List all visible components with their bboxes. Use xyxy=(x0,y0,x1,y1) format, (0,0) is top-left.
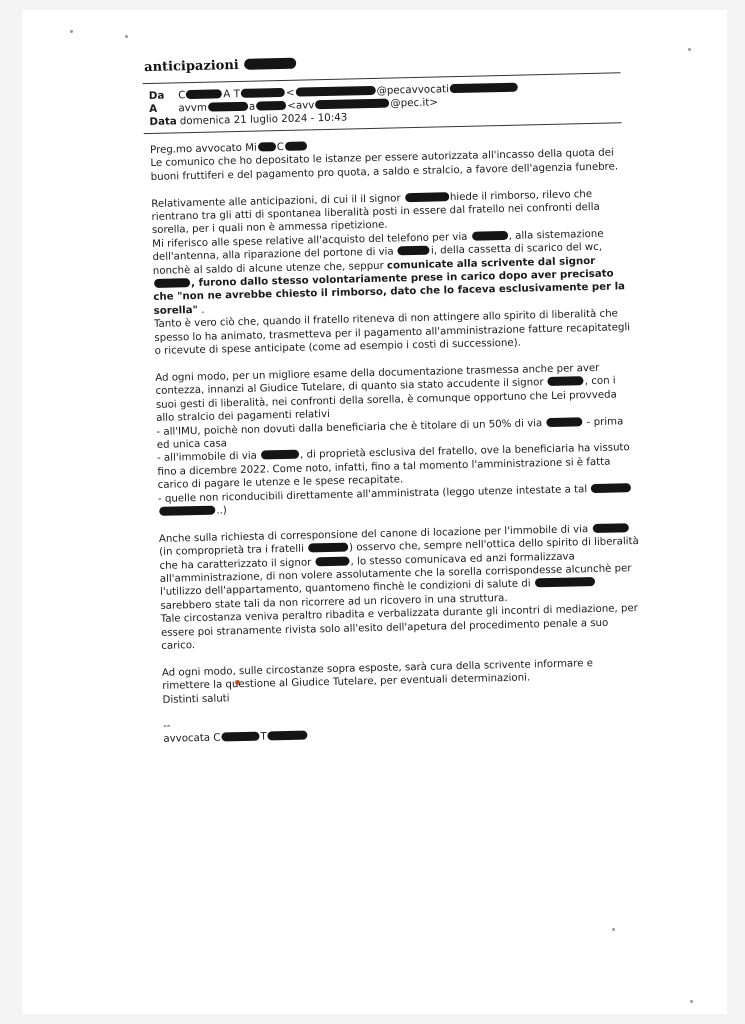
email-printout: anticipazioni Da CA T<@pecavvocati A avv… xyxy=(148,47,643,746)
redaction xyxy=(548,376,584,386)
date-value: domenica 21 luglio 2024 - 10:43 xyxy=(180,111,348,127)
date-label: Data xyxy=(149,115,177,129)
to-text: a xyxy=(249,101,256,113)
redaction xyxy=(591,483,631,493)
redaction xyxy=(221,732,259,742)
redaction xyxy=(546,417,582,427)
closing: Distinti saluti xyxy=(162,693,229,706)
scan-speck xyxy=(688,48,691,51)
paragraph: Anche sulla richiesta di corresponsione … xyxy=(159,522,642,654)
redaction xyxy=(308,543,348,553)
from-text: A T xyxy=(223,88,240,100)
from-email-domain: @pecavvocati xyxy=(376,83,449,97)
redaction xyxy=(398,246,430,256)
scan-speck xyxy=(612,928,615,931)
redaction xyxy=(592,523,628,533)
text: Ad ogni modo, sulle circostanze sopra es… xyxy=(162,658,593,692)
redaction xyxy=(450,83,518,94)
text: Preg.mo avvocato Mi xyxy=(150,143,257,156)
text: C xyxy=(277,142,284,153)
redaction xyxy=(154,278,190,288)
redaction xyxy=(405,192,449,202)
redaction xyxy=(208,102,248,112)
paper-stain xyxy=(235,680,240,685)
text: (in comproprietà tra i fratelli xyxy=(159,544,304,558)
text: Tale circostanza veniva peraltro ribadit… xyxy=(161,603,638,652)
redaction xyxy=(315,99,389,110)
from-label: Da xyxy=(149,89,175,103)
redaction xyxy=(258,142,276,151)
to-email-domain: @pec.it> xyxy=(390,96,438,109)
to-label: A xyxy=(149,102,175,116)
redaction xyxy=(295,86,375,97)
scan-speck xyxy=(125,35,128,38)
to-text: <avv xyxy=(287,99,314,112)
from-text: C xyxy=(178,89,185,101)
redaction xyxy=(159,506,215,516)
redaction xyxy=(256,101,286,111)
redaction xyxy=(315,556,349,566)
paragraph: Relativamente alle anticipazioni, di cui… xyxy=(151,187,635,359)
signature-separator: -- xyxy=(163,709,643,733)
redaction xyxy=(472,231,508,241)
paragraph: Ad ogni modo, per un migliore esame dell… xyxy=(155,361,638,519)
from-text: < xyxy=(286,87,295,99)
redaction xyxy=(241,88,285,98)
redaction xyxy=(261,450,299,460)
paragraph: Ad ogni modo, sulle circostanze sopra es… xyxy=(162,656,643,707)
text: - all'immobile di via xyxy=(157,451,257,464)
scan-speck xyxy=(690,1000,693,1003)
text: ..) xyxy=(216,505,227,516)
redaction xyxy=(535,577,595,587)
signature-text: T xyxy=(260,732,266,743)
signature-text: avvocata C xyxy=(163,733,220,745)
text: . xyxy=(201,305,204,316)
redaction xyxy=(186,89,222,99)
redaction xyxy=(285,141,307,150)
subject-text: anticipazioni xyxy=(144,58,239,75)
redaction xyxy=(244,58,296,70)
scan-speck xyxy=(70,30,73,33)
text: Tanto è vero ciò che, quando il fratello… xyxy=(154,309,630,357)
email-body: Preg.mo avvocato MiC Le comunico che ho … xyxy=(150,133,644,746)
redaction xyxy=(268,731,308,741)
to-text: avvm xyxy=(178,102,207,115)
paragraph: Preg.mo avvocato MiC Le comunico che ho … xyxy=(150,133,631,184)
